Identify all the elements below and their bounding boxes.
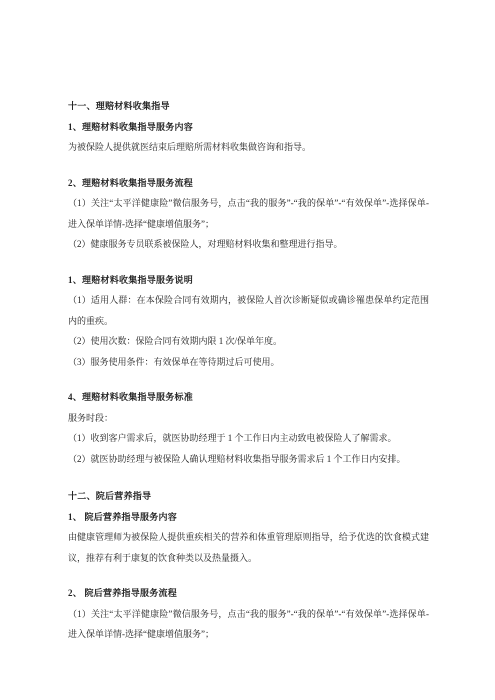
section-title: 十二、院后营养指导	[68, 486, 429, 507]
subsection-service-notes: 1、理赔材料收集指导服务说明 （1）适用人群：在本保险合同有效期内，被保险人首次…	[68, 270, 429, 373]
subsection-heading: 1、理赔材料收集指导服务说明	[68, 270, 429, 291]
paragraph: （1）关注“太平洋健康险”微信服务号，点击“我的服务”-“我的保单”-“有效保单…	[68, 193, 429, 234]
subsection-heading: 2、 院后营养指导服务流程	[68, 583, 429, 604]
subsection-heading: 1、 院后营养指导服务内容	[68, 507, 429, 528]
subsection-service-content: 1、理赔材料收集指导服务内容 为被保险人提供就医结束后理赔所需材料收集做咨询和指…	[68, 117, 429, 158]
paragraph: （1）适用人群：在本保险合同有效期内，被保险人首次诊断疑似或确诊罹患保单约定范围…	[68, 290, 429, 331]
paragraph: （2）就医协助经理与被保险人确认理赔材料收集指导服务需求后 1 个工作日内安排。	[68, 449, 429, 470]
paragraph: （1）收到客户需求后，就医协助经理于 1 个工作日内主动致电被保险人了解需求。	[68, 428, 429, 449]
subsection-heading: 4、理赔材料收集指导服务标准	[68, 387, 429, 408]
paragraph: （2）健康服务专员联系被保险人，对理赔材料收集和整理进行指导。	[68, 234, 429, 255]
section-title: 十一、理赔材料收集指导	[68, 96, 429, 117]
subsection-service-content: 1、 院后营养指导服务内容 由健康管理师为被保险人提供重疾相关的营养和体重管理原…	[68, 507, 429, 569]
paragraph: （2）使用次数：保险合同有效期内限 1 次/保单年度。	[68, 331, 429, 352]
section-claims-material-guidance: 十一、理赔材料收集指导 1、理赔材料收集指导服务内容 为被保险人提供就医结束后理…	[68, 96, 429, 469]
paragraph: （3）服务使用条件：有效保单在等待期过后可使用。	[68, 352, 429, 373]
subsection-service-process: 2、 院后营养指导服务流程 （1）关注“太平洋健康险”微信服务号，点击“我的服务…	[68, 583, 429, 645]
section-post-hospital-nutrition: 十二、院后营养指导 1、 院后营养指导服务内容 由健康管理师为被保险人提供重疾相…	[68, 486, 429, 645]
paragraph: （1）关注“太平洋健康险”微信服务号，点击“我的服务”-“我的保单”-“有效保单…	[68, 604, 429, 645]
paragraph: 为被保险人提供就医结束后理赔所需材料收集做咨询和指导。	[68, 137, 429, 158]
paragraph: 服务时段：	[68, 408, 429, 429]
subsection-heading: 2、理赔材料收集指导服务流程	[68, 173, 429, 194]
subsection-service-standard: 4、理赔材料收集指导服务标准 服务时段： （1）收到客户需求后，就医协助经理于 …	[68, 387, 429, 469]
subsection-service-process: 2、理赔材料收集指导服务流程 （1）关注“太平洋健康险”微信服务号，点击“我的服…	[68, 173, 429, 255]
document-page: 十一、理赔材料收集指导 1、理赔材料收集指导服务内容 为被保险人提供就医结束后理…	[0, 0, 495, 700]
paragraph: 由健康管理师为被保险人提供重疾相关的营养和体重管理原则指导，给予优选的饮食模式建…	[68, 527, 429, 568]
subsection-heading: 1、理赔材料收集指导服务内容	[68, 117, 429, 138]
